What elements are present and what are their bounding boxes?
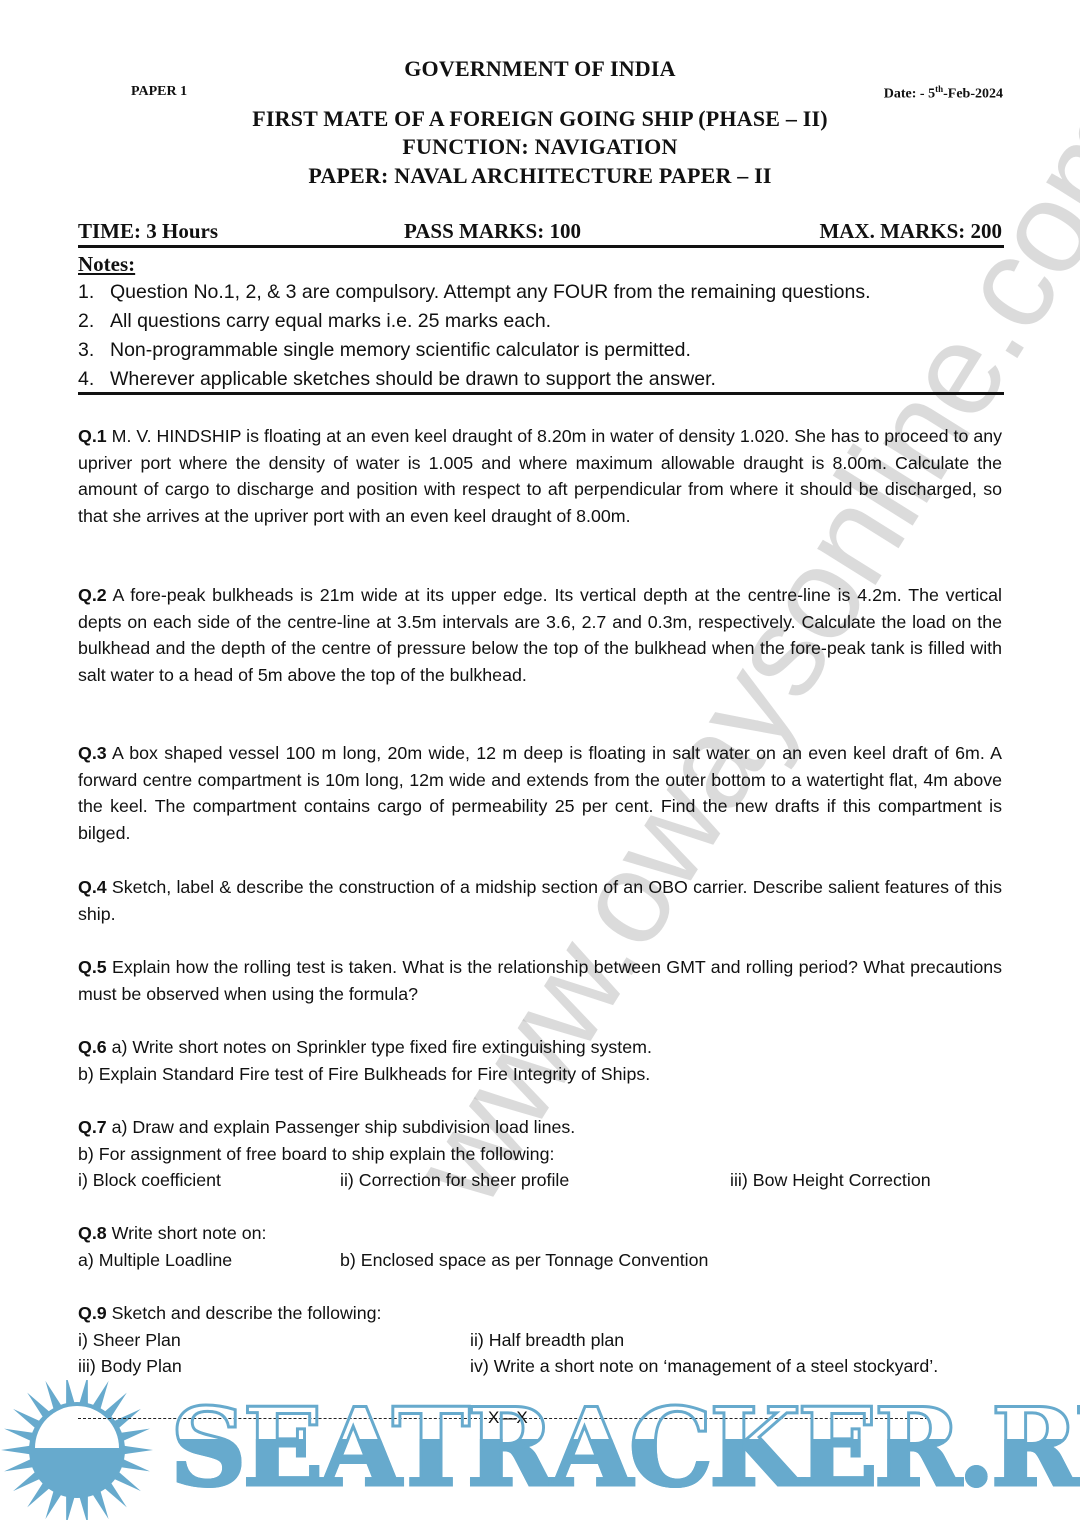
- note-item: 1.Question No.1, 2, & 3 are compulsory. …: [78, 278, 870, 307]
- exam-function: FUNCTION: NAVIGATION: [0, 134, 1080, 160]
- question-label: Q.6: [78, 1037, 107, 1057]
- question-label: Q.4: [78, 877, 107, 897]
- note-item: 3.Non-programmable single memory scienti…: [78, 336, 870, 365]
- question-text: Write short note on:: [112, 1223, 267, 1243]
- question-label: Q.2: [78, 585, 107, 605]
- note-item: 2.All questions carry equal marks i.e. 2…: [78, 307, 870, 336]
- date-superscript: th: [935, 84, 943, 94]
- question-8: Q.8 Write short note on: a) Multiple Loa…: [78, 1220, 1002, 1273]
- question-text: Explain how the rolling test is taken. W…: [78, 957, 1002, 1004]
- exam-date: Date: - 5th-Feb-2024: [884, 84, 1003, 103]
- question-text: M. V. HINDSHIP is floating at an even ke…: [78, 426, 1002, 526]
- question-part-a: a) Draw and explain Passenger ship subdi…: [112, 1117, 576, 1137]
- date-suffix: -Feb-2024: [943, 87, 1003, 102]
- pass-marks: PASS MARKS: 100: [404, 219, 581, 244]
- question-option: iii) Body Plan: [78, 1353, 182, 1380]
- question-part-b: b) Explain Standard Fire test of Fire Bu…: [78, 1064, 650, 1084]
- exam-title: FIRST MATE OF A FOREIGN GOING SHIP (PHAS…: [0, 106, 1080, 132]
- paper-number: PAPER 1: [131, 84, 187, 100]
- question-label: Q.7: [78, 1117, 107, 1137]
- question-5: Q.5 Explain how the rolling test is take…: [78, 954, 1002, 1007]
- question-label: Q.8: [78, 1223, 107, 1243]
- question-2: Q.2 A fore-peak bulkheads is 21m wide at…: [78, 582, 1002, 688]
- question-text: A box shaped vessel 100 m long, 20m wide…: [78, 743, 1002, 843]
- divider: [78, 245, 1004, 248]
- question-option: ii) Half breadth plan: [470, 1327, 624, 1354]
- question-text: Sketch, label & describe the constructio…: [78, 877, 1002, 924]
- question-option: i) Block coefficient: [78, 1167, 221, 1194]
- note-number: 2.: [78, 307, 110, 336]
- brand-wordmark: SEATRACKER.RU: [170, 1393, 1080, 1503]
- exam-paper: PAPER: NAVAL ARCHITECTURE PAPER – II: [0, 163, 1080, 189]
- date-prefix: Date: - 5: [884, 87, 935, 102]
- notes-list: 1.Question No.1, 2, & 3 are compulsory. …: [78, 278, 870, 394]
- question-option: iii) Bow Height Correction: [730, 1167, 931, 1194]
- question-option: a) Multiple Loadline: [78, 1247, 232, 1274]
- question-option: b) Enclosed space as per Tonnage Convent…: [340, 1247, 708, 1274]
- question-text: Sketch and describe the following:: [112, 1303, 382, 1323]
- question-part-a: a) Write short notes on Sprinkler type f…: [112, 1037, 652, 1057]
- exam-meta-row: TIME: 3 Hours PASS MARKS: 100 MAX. MARKS…: [78, 219, 1002, 245]
- question-text: A fore-peak bulkheads is 21m wide at its…: [78, 585, 1002, 685]
- question-label: Q.3: [78, 743, 107, 763]
- note-number: 4.: [78, 365, 110, 394]
- question-option: iv) Write a short note on ‘management of…: [470, 1353, 938, 1380]
- sun-icon: [1, 1380, 153, 1520]
- note-text: All questions carry equal marks i.e. 25 …: [110, 310, 551, 332]
- question-3: Q.3 A box shaped vessel 100 m long, 20m …: [78, 740, 1002, 846]
- question-9: Q.9 Sketch and describe the following: i…: [78, 1300, 1002, 1380]
- divider: [78, 392, 1004, 395]
- authority-heading: GOVERNMENT OF INDIA: [0, 56, 1080, 82]
- exam-time: TIME: 3 Hours: [78, 219, 218, 244]
- note-text: Non-programmable single memory scientifi…: [110, 339, 691, 361]
- question-label: Q.1: [78, 426, 107, 446]
- question-6: Q.6 a) Write short notes on Sprinkler ty…: [78, 1034, 1002, 1087]
- question-label: Q.9: [78, 1303, 107, 1323]
- question-label: Q.5: [78, 957, 107, 977]
- note-text: Wherever applicable sketches should be d…: [110, 368, 716, 390]
- max-marks: MAX. MARKS: 200: [819, 219, 1002, 244]
- question-1: Q.1 M. V. HINDSHIP is floating at an eve…: [78, 423, 1002, 529]
- question-option: ii) Correction for sheer profile: [340, 1167, 569, 1194]
- question-7: Q.7 a) Draw and explain Passenger ship s…: [78, 1114, 1002, 1194]
- question-part-b: b) For assignment of free board to ship …: [78, 1144, 554, 1164]
- notes-title: Notes:: [78, 252, 135, 277]
- question-4: Q.4 Sketch, label & describe the constru…: [78, 874, 1002, 927]
- note-number: 3.: [78, 336, 110, 365]
- note-number: 1.: [78, 278, 110, 307]
- question-option: i) Sheer Plan: [78, 1327, 181, 1354]
- note-item: 4.Wherever applicable sketches should be…: [78, 365, 870, 394]
- note-text: Question No.1, 2, & 3 are compulsory. At…: [110, 281, 870, 303]
